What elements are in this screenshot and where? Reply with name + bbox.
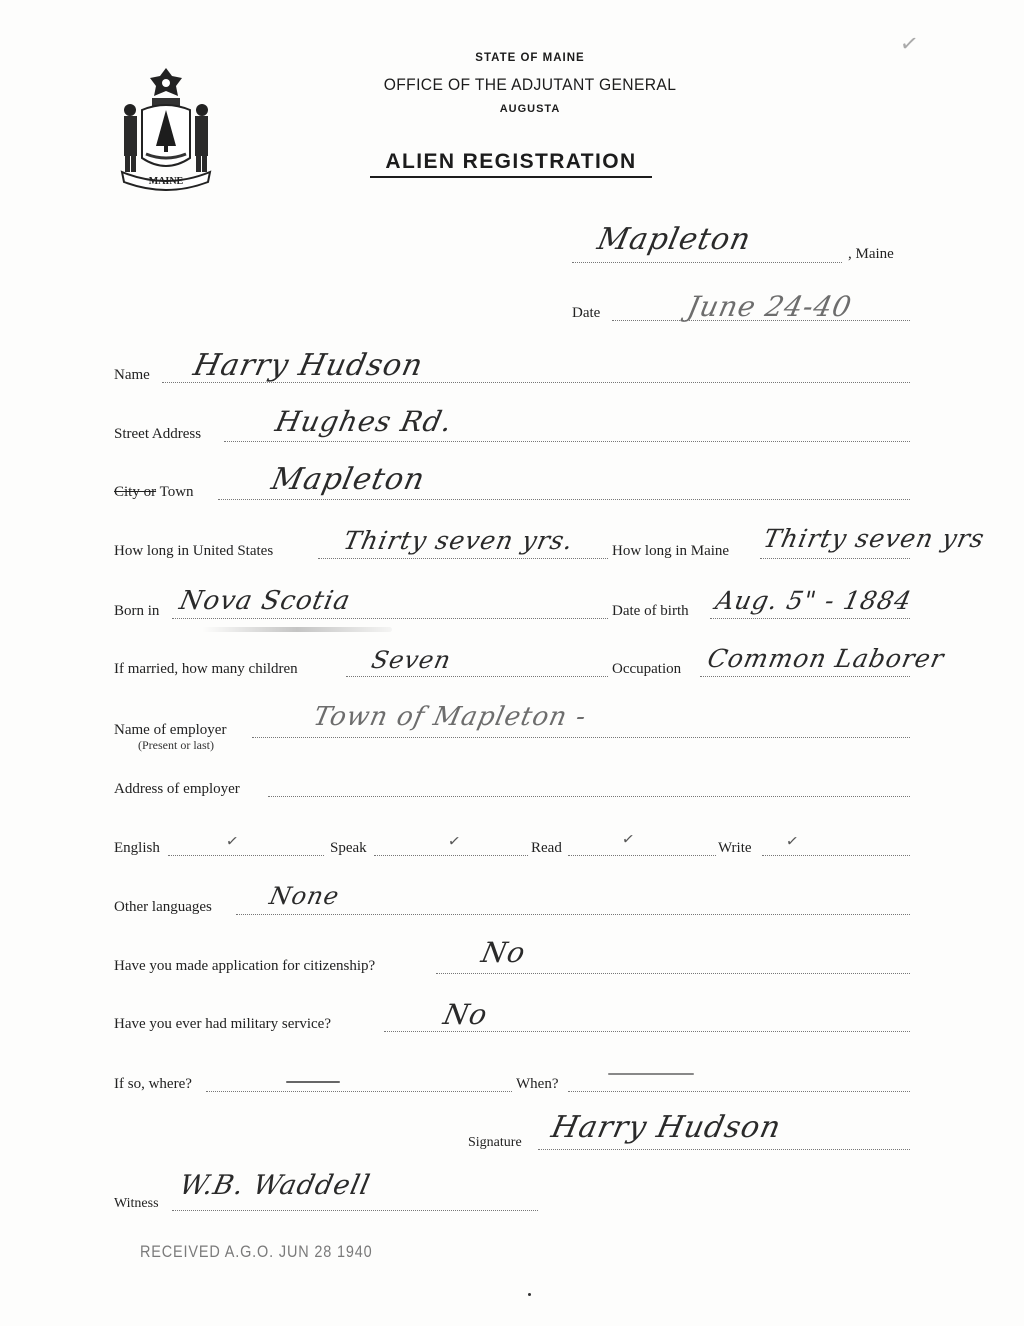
speak-label: Speak [330,840,367,857]
svg-text:MAINE: MAINE [149,176,184,187]
when-line [568,1091,910,1092]
citizenship-label: Have you made application for citizenshi… [114,958,375,975]
form-title: ALIEN REGISTRATION [370,150,652,178]
maine-seal-icon: MAINE [116,66,216,191]
speak-line [374,855,528,856]
employer-address-line[interactable] [268,796,910,797]
city-town-value[interactable]: Mapleton [268,462,428,497]
date-label: Date [572,305,600,322]
corner-check-mark: ✓ [898,31,920,58]
witness-line [172,1210,538,1211]
header-city: AUGUSTA [380,103,680,115]
other-languages-value[interactable]: None [267,882,342,910]
read-label: Read [531,840,562,857]
children-label: If married, how many children [114,661,298,678]
how-long-us-line [318,558,608,559]
born-in-line [172,618,608,619]
occupation-line [700,676,910,677]
english-label: English [114,840,160,857]
pencil-smudge [202,627,392,632]
town-label: Town [156,484,193,500]
header-state: STATE OF MAINE [380,52,680,64]
ink-speck [528,1293,531,1296]
city-town-label: City or Town [114,484,194,501]
citizenship-value[interactable]: No [478,936,528,969]
born-in-value[interactable]: Nova Scotia [177,586,354,616]
street-address-line [224,441,910,442]
children-value[interactable]: Seven [369,646,454,674]
date-of-birth-line [710,618,910,619]
other-languages-line [236,914,910,915]
when-label: When? [516,1076,558,1093]
military-value[interactable]: No [440,998,490,1031]
witness-value[interactable]: W.B. Waddell [177,1170,374,1201]
citizenship-line [436,973,910,974]
town-line [572,262,842,263]
born-in-label: Born in [114,603,159,620]
where-dash[interactable] [286,1081,340,1083]
children-line [346,676,608,677]
write-label: Write [718,840,752,857]
where-line [206,1091,512,1092]
read-line [568,855,716,856]
write-check[interactable]: ✓ [785,831,800,851]
street-address-value[interactable]: Hughes Rd. [272,405,455,438]
date-of-birth-label: Date of birth [612,603,689,620]
signature-value[interactable]: Harry Hudson [548,1110,784,1145]
how-long-us-value[interactable]: Thirty seven yrs. [341,526,576,555]
when-dash[interactable] [608,1073,694,1075]
employer-name-label: Name of employer [114,722,226,739]
name-label: Name [114,367,150,384]
read-check[interactable]: ✓ [621,829,636,849]
how-long-maine-label: How long in Maine [612,543,729,560]
city-struck-label: City or [114,484,156,500]
witness-label: Witness [114,1196,159,1212]
date-value[interactable]: June 24-40 [684,290,854,323]
signature-line [538,1149,910,1150]
state-seal: MAINE [116,66,216,191]
occupation-value[interactable]: Common Laborer [705,644,947,673]
received-stamp: RECEIVED A.G.O. JUN 28 1940 [140,1242,373,1262]
how-long-maine-line [760,558,910,559]
employer-address-label: Address of employer [114,781,240,798]
english-check[interactable]: ✓ [225,831,240,851]
employer-name-sublabel: (Present or last) [138,738,214,753]
occupation-label: Occupation [612,661,681,678]
city-town-line [218,499,910,500]
military-line [384,1031,910,1032]
how-long-maine-value[interactable]: Thirty seven yrs [761,524,988,553]
name-value[interactable]: Harry Hudson [190,348,426,383]
military-label: Have you ever had military service? [114,1016,331,1033]
other-languages-label: Other languages [114,899,212,916]
where-label: If so, where? [114,1076,192,1093]
speak-check[interactable]: ✓ [447,831,462,851]
town-value[interactable]: Mapleton [594,222,754,257]
date-of-birth-value[interactable]: Aug. 5" - 1884 [713,586,915,615]
how-long-us-label: How long in United States [114,543,273,560]
employer-name-line [252,737,910,738]
signature-label: Signature [468,1135,522,1151]
maine-label: , Maine [848,246,894,263]
street-address-label: Street Address [114,426,201,443]
header-office: OFFICE OF THE ADJUTANT GENERAL [355,75,705,95]
write-line [762,855,910,856]
english-line [168,855,324,856]
employer-name-value[interactable]: Town of Mapleton - [311,702,590,732]
